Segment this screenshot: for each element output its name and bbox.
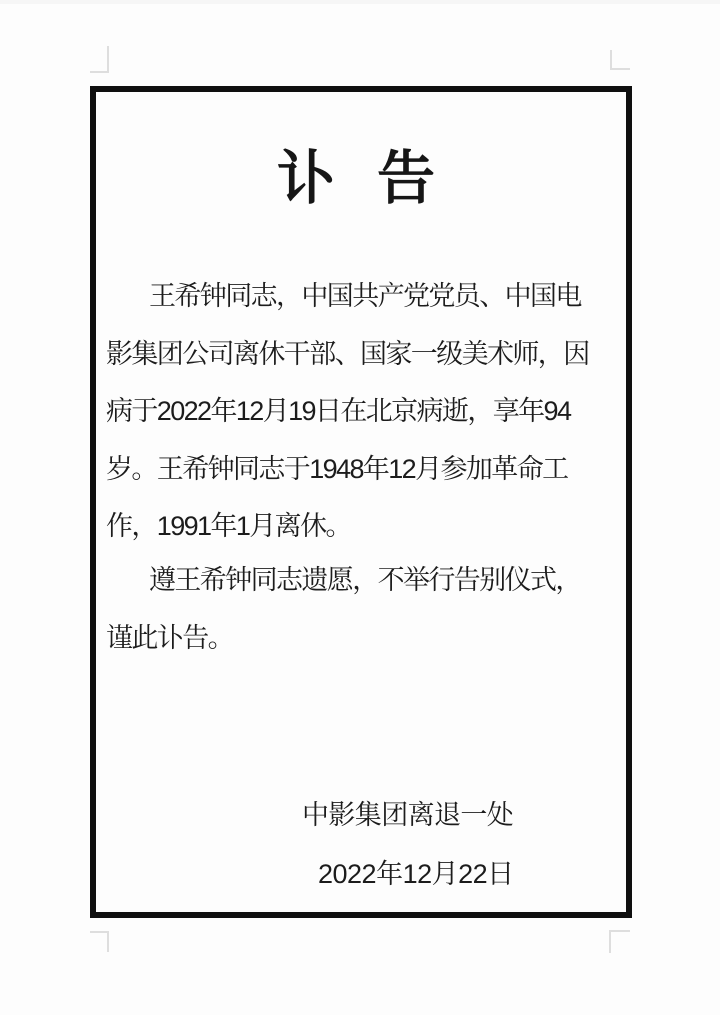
body-line-3: 病于2022年12月19日在北京病逝，享年94 bbox=[106, 383, 618, 441]
notice-title: 讣 告 bbox=[96, 146, 626, 212]
crop-mark-top-left bbox=[90, 46, 109, 73]
date-line: 2022年12月22日 bbox=[318, 859, 514, 889]
body-line-1: 王希钟同志，中国共产党党员、中国电 bbox=[106, 268, 618, 326]
body-line-5: 作，1991年1月离休。 bbox=[106, 498, 618, 556]
body-line-2: 影集团公司离休干部、国家一级美术师，因 bbox=[106, 326, 618, 384]
notice-border-box: 讣 告 王希钟同志，中国共产党党员、中国电 影集团公司离休干部、国家一级美术师，… bbox=[90, 86, 632, 918]
crop-mark-top-right bbox=[610, 50, 630, 70]
notice-paragraph-1: 王希钟同志，中国共产党党员、中国电 影集团公司离休干部、国家一级美术师，因 病于… bbox=[106, 268, 618, 556]
obituary-document-photo: 讣 告 王希钟同志，中国共产党党员、中国电 影集团公司离休干部、国家一级美术师，… bbox=[0, 0, 720, 1015]
scan-edge-band bbox=[0, 0, 720, 4]
signature-line: 中影集团离退一处 bbox=[302, 800, 513, 830]
body-line-6: 遵王希钟同志遗愿，不举行告别仪式， bbox=[106, 552, 618, 610]
crop-mark-bottom-right bbox=[609, 930, 630, 953]
body-line-7: 谨此讣告。 bbox=[106, 610, 618, 668]
body-line-4: 岁。王希钟同志于1948年12月参加革命工 bbox=[106, 441, 618, 499]
crop-mark-bottom-left bbox=[90, 931, 109, 952]
notice-paragraph-2: 遵王希钟同志遗愿，不举行告别仪式， 谨此讣告。 bbox=[106, 552, 618, 667]
